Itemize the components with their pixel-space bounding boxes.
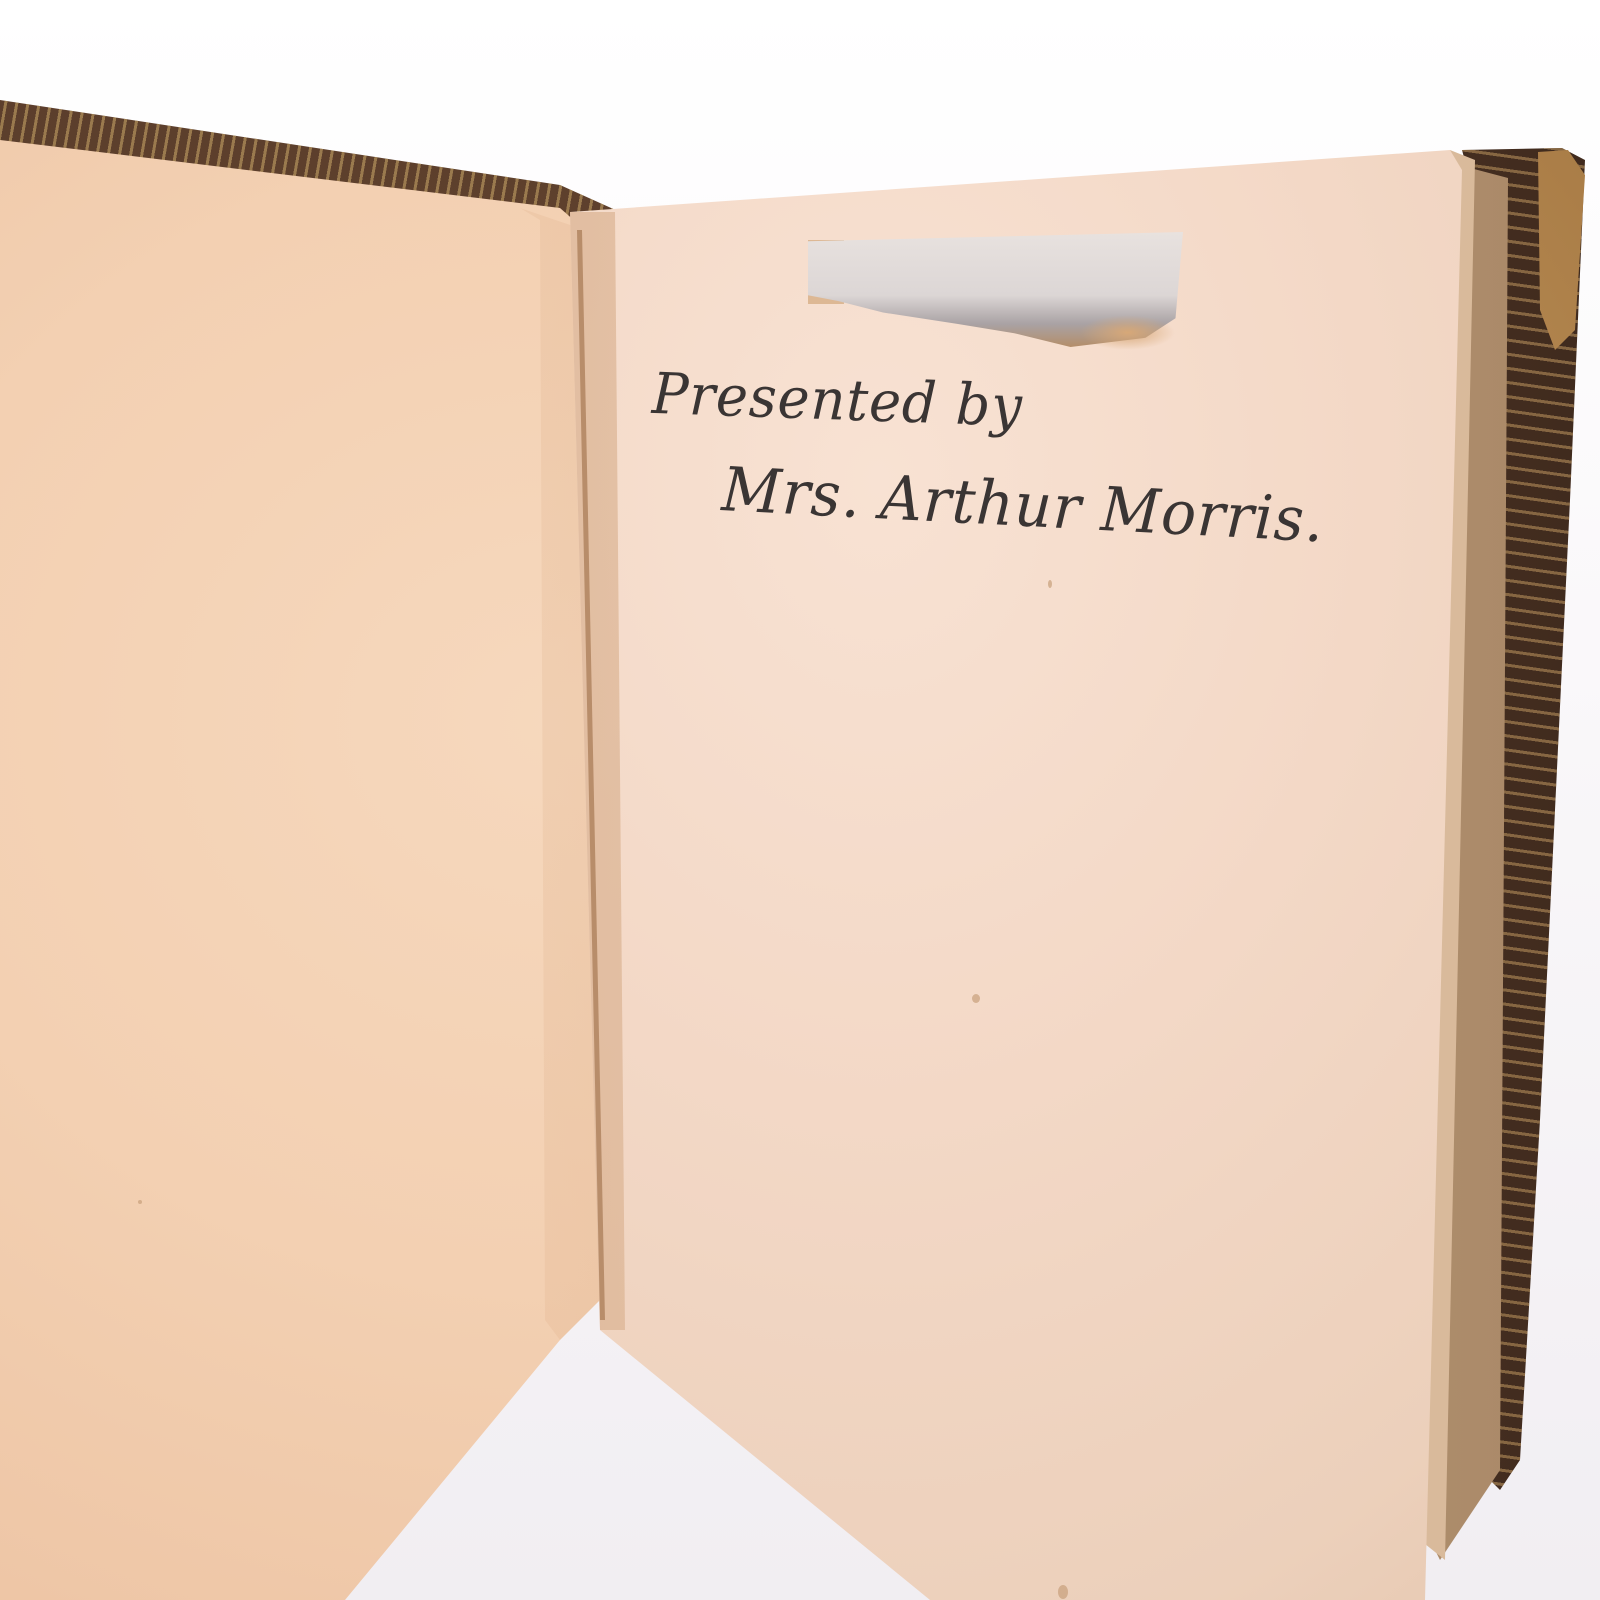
foxing-spot <box>1058 1585 1068 1599</box>
inscription-line-1: Presented by <box>651 360 1024 439</box>
foxing-spot <box>972 994 980 1003</box>
book-photo: Presented by Mrs. Arthur Morris. <box>0 0 1600 1600</box>
bookplate-stain <box>1080 315 1175 350</box>
foxing-spot <box>1048 580 1052 588</box>
foxing-spot <box>138 1200 142 1204</box>
